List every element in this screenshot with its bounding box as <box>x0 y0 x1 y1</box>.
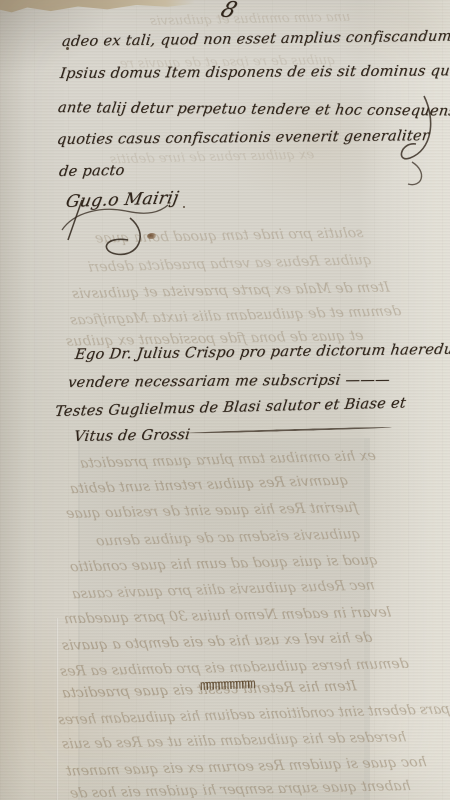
ink-speck <box>66 47 69 50</box>
cancellation-scribble: mmmmmmmmm <box>200 676 254 694</box>
handwriting-line: Vitus de Grossi <box>73 427 191 445</box>
handwriting-line: de pacto <box>58 163 125 180</box>
manuscript-page: 8 una cum omnibus et quibusvis quibus de… <box>0 0 450 800</box>
vertical-crease <box>56 618 59 800</box>
handwriting-line: vendere necessariam me subscripsi ——— <box>67 372 391 391</box>
ink-speck <box>183 206 185 208</box>
pen-tail-flourish <box>392 92 438 192</box>
handwriting-line: Ipsius domus Item disponens de eis sit d… <box>59 63 450 82</box>
signature-flourish <box>56 196 186 266</box>
